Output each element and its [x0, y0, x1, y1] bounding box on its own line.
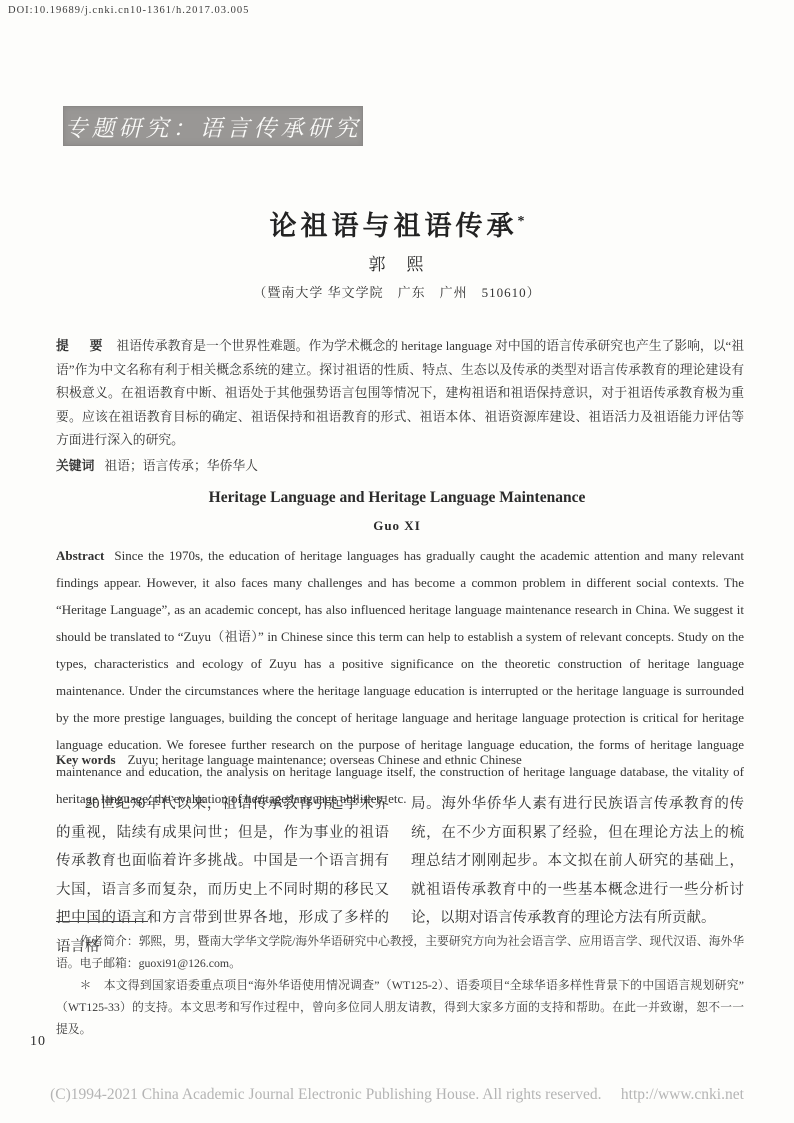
footnote-author-bio: 作者简介：郭熙，男，暨南大学华文学院/海外华语研究中心教授，主要研究方向为社会语… [56, 930, 744, 974]
footnote-separator [56, 921, 148, 922]
abstract-en-label: Abstract [56, 548, 104, 563]
keywords-en: Key wordsZuyu; heritage language mainten… [56, 752, 744, 768]
section-banner: 专题研究：语言传承研究 [63, 106, 363, 146]
author-affiliation: （暨南大学 华文学院 广东 广州 510610） [0, 282, 794, 301]
article-title-text: 论祖语与祖语传承 [270, 211, 518, 241]
abstract-zh-text: 祖语传承教育是一个世界性难题。作为学术概念的 heritage language… [56, 339, 744, 447]
keywords-zh-text: 祖语；语言传承；华侨华人 [104, 459, 258, 473]
footnote-funding: ＊ 本文得到国家语委重点项目“海外华语使用情况调查”（WT125-2）、语委项目… [56, 974, 744, 1040]
abstract-zh: 提 要祖语传承教育是一个世界性难题。作为学术概念的 heritage langu… [56, 335, 744, 453]
cnki-copyright-line: (C)1994-2021 China Academic Journal Elec… [0, 1082, 794, 1104]
body-paragraph-right: 局。海外华侨华人素有进行民族语言传承教育的传统，在不少方面积累了经验，但在理论方… [411, 790, 744, 933]
journal-page: DOI:10.19689/j.cnki.cn10-1361/h.2017.03.… [0, 0, 794, 1123]
article-title-en: Heritage Language and Heritage Language … [0, 489, 794, 507]
keywords-zh: 关键词祖语；语言传承；华侨华人 [56, 455, 744, 474]
keywords-en-label: Key words [56, 752, 116, 767]
footnotes: 作者简介：郭熙，男，暨南大学华文学院/海外华语研究中心教授，主要研究方向为社会语… [56, 930, 744, 1040]
doi-line: DOI:10.19689/j.cnki.cn10-1361/h.2017.03.… [8, 5, 249, 16]
title-footnote-marker: * [518, 214, 525, 229]
keywords-zh-label: 关键词 [56, 459, 94, 473]
author-name-en: Guo XI [0, 518, 794, 534]
keywords-en-text: Zuyu; heritage language maintenance; ove… [128, 752, 522, 767]
article-title-zh: 论祖语与祖语传承* [0, 204, 794, 243]
page-number: 10 [30, 1034, 46, 1050]
author-name-zh: 郭 熙 [0, 250, 794, 275]
abstract-zh-label: 提 要 [56, 339, 106, 353]
section-banner-label: 专题研究：语言传承研究 [65, 110, 362, 143]
abstract-en: AbstractSince the 1970s, the education o… [56, 542, 744, 812]
